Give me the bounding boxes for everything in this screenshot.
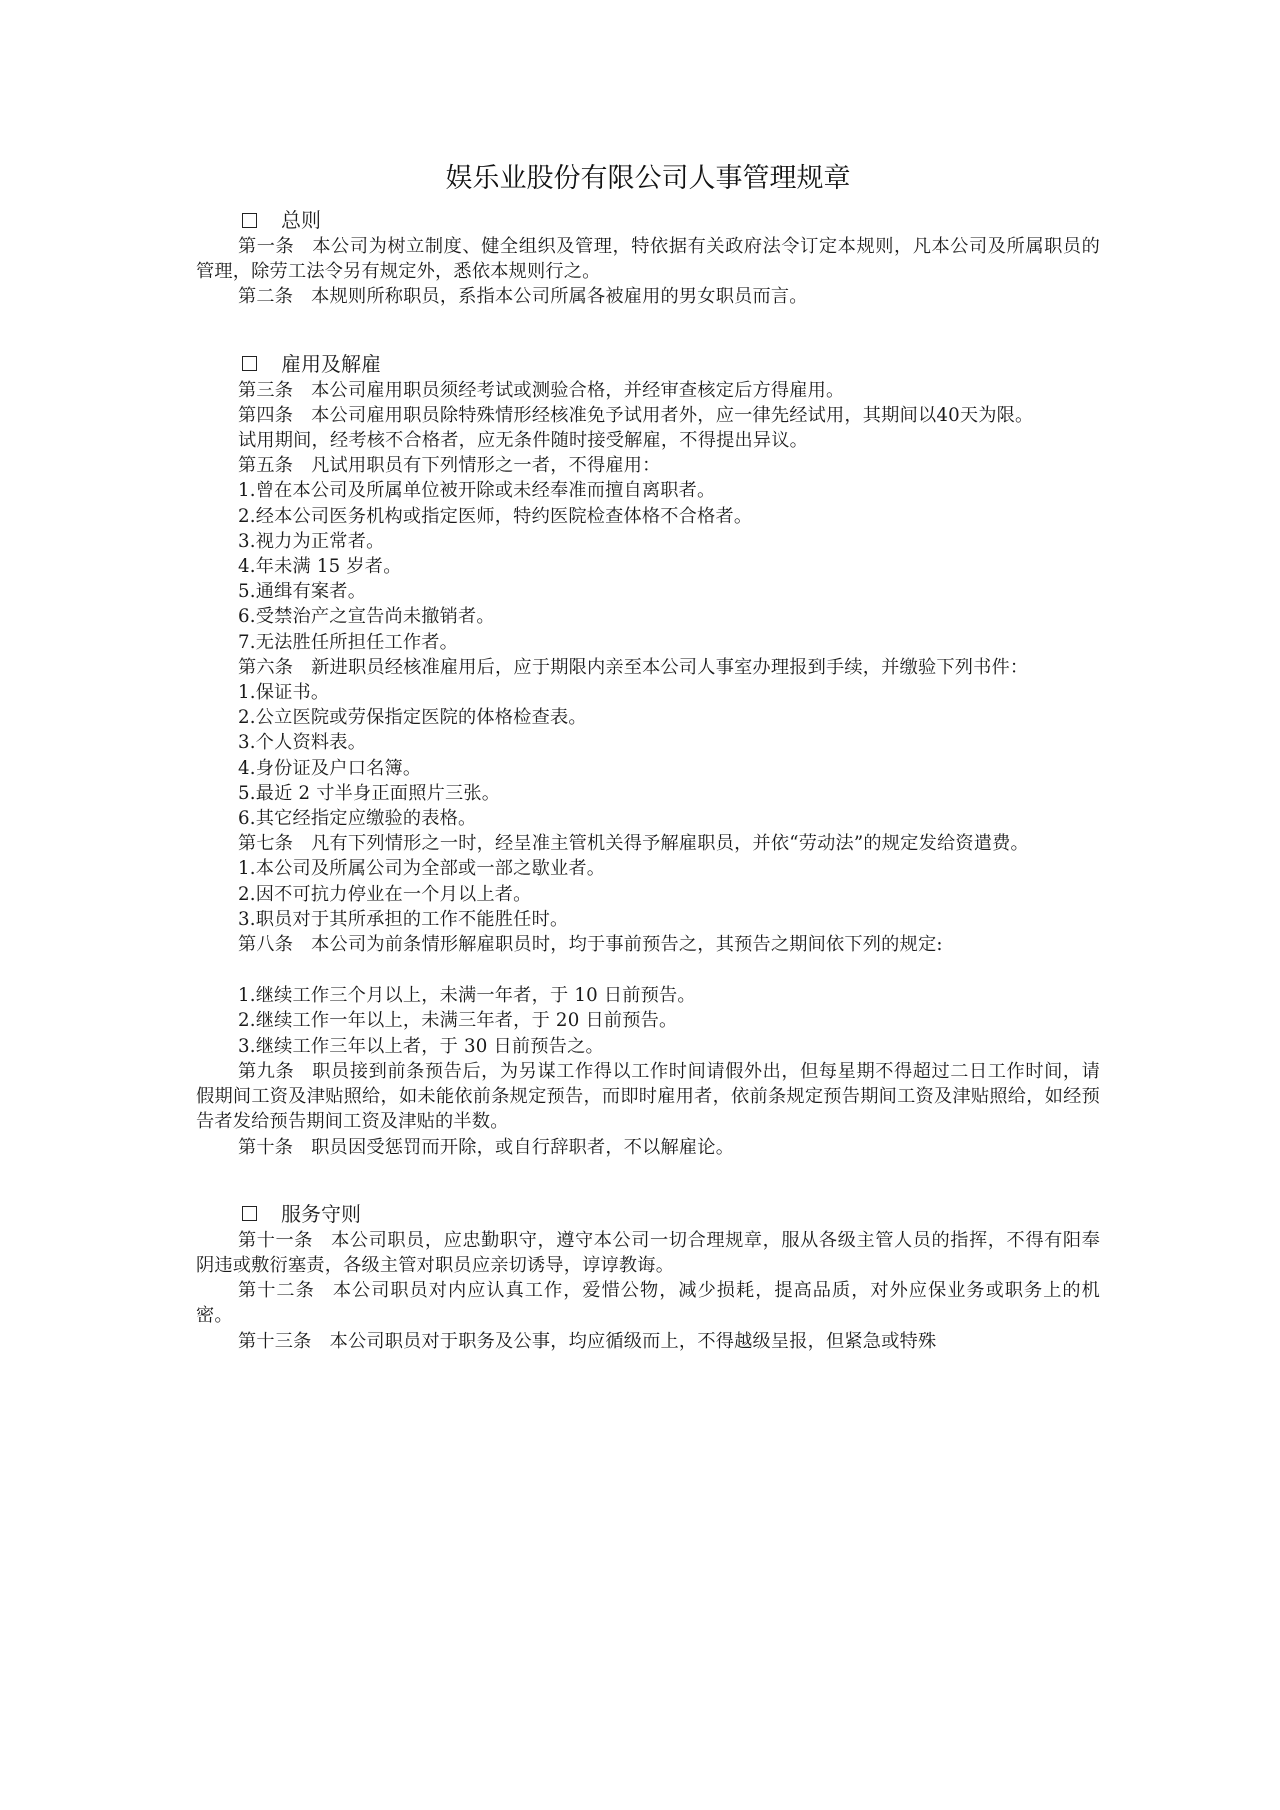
article-text: 本公司为前条情形解雇职员时，均于事前预告之，其预告之期间依下列的规定: [311, 934, 943, 955]
article-2: 第二条本规则所称职员，系指本公司所属各被雇用的男女职员而言。 [196, 284, 1100, 309]
article-text: 本公司职员对内应认真工作，爱惜公物，减少损耗，提高品质，对外应保业务或职务上的机… [196, 1280, 1100, 1326]
article-text: 本公司职员，应忠勤职守，遵守本公司一切合理规章，服从各级主管人员的指挥，不得有阳… [196, 1230, 1100, 1276]
article-text: 新进职员经核准雇用后，应于期限内亲至本公司人事室办理报到手续，并缴验下列书件： [311, 657, 1028, 678]
article-label: 第十一条 [238, 1230, 313, 1251]
article-label: 第二条 [238, 286, 293, 307]
list-item: 3.个人资料表。 [196, 730, 1100, 755]
article-4: 第四条本公司雇用职员除特殊情形经核准免予试用者外，应一律先经试用，其期间以40天… [196, 403, 1100, 428]
article-8: 第八条本公司为前条情形解雇职员时，均于事前预告之，其预告之期间依下列的规定: [196, 932, 1100, 957]
list-item: 4.身份证及户口名簿。 [196, 756, 1100, 781]
list-item: 3.视力为正常者。 [196, 529, 1100, 554]
list-item: 2.经本公司医务机构或指定医师，特约医院检查体格不合格者。 [196, 504, 1100, 529]
article-3: 第三条本公司雇用职员须经考试或测验合格，并经审查核定后方得雇用。 [196, 378, 1100, 403]
list-item: 1.继续工作三个月以上，未满一年者，于 10 日前预告。 [196, 983, 1100, 1008]
article-text: 本规则所称职员，系指本公司所属各被雇用的男女职员而言。 [311, 286, 807, 307]
section-heading-label: 服务守则 [281, 1200, 361, 1228]
list-item: 2.继续工作一年以上，未满三年者，于 20 日前预告。 [196, 1008, 1100, 1033]
article-label: 第八条 [238, 934, 293, 955]
article-label: 第五条 [238, 455, 293, 476]
article-1: 第一条本公司为树立制度、健全组织及管理，特依据有关政府法令订定本规则，凡本公司及… [196, 234, 1100, 284]
list-item: 1.曾在本公司及所属单位被开除或未经奉准而擅自离职者。 [196, 478, 1100, 503]
list-item: 2.公立医院或劳保指定医院的体格检查表。 [196, 705, 1100, 730]
list-item: 6.受禁治产之宣告尚未撤销者。 [196, 604, 1100, 629]
article-label: 第六条 [238, 657, 293, 678]
checkbox-square-icon [242, 213, 257, 228]
section-heading-service-rules: 服务守则 [196, 1200, 1100, 1228]
article-text: 本公司雇用职员须经考试或测验合格，并经审查核定后方得雇用。 [311, 380, 844, 401]
section-heading-general: 总则 [196, 206, 1100, 234]
article-12: 第十二条本公司职员对内应认真工作，爱惜公物，减少损耗，提高品质，对外应保业务或职… [196, 1278, 1100, 1328]
document-title: 娱乐业股份有限公司人事管理规章 [196, 156, 1100, 195]
list-item: 1.本公司及所属公司为全部或一部之歇业者。 [196, 856, 1100, 881]
article-label: 第十三条 [238, 1331, 312, 1352]
list-item: 4.年未满 15 岁者。 [196, 554, 1100, 579]
article-text: 凡试用职员有下列情形之一者，不得雇用： [311, 455, 660, 476]
article-10: 第十条职员因受惩罚而开除，或自行辞职者，不以解雇论。 [196, 1135, 1100, 1160]
spacer [196, 957, 1100, 983]
article-label: 第一条 [238, 236, 294, 257]
list-article-7: 1.本公司及所属公司为全部或一部之歇业者。 2.因不可抗力停业在一个月以上者。 … [196, 856, 1100, 932]
article-9: 第九条职员接到前条预告后，为另谋工作得以工作时间请假外出，但每星期不得超过二日工… [196, 1059, 1100, 1135]
article-label: 第九条 [238, 1061, 294, 1082]
list-item: 2.因不可抗力停业在一个月以上者。 [196, 882, 1100, 907]
list-article-6: 1.保证书。 2.公立医院或劳保指定医院的体格检查表。 3.个人资料表。 4.身… [196, 680, 1100, 831]
article-11: 第十一条本公司职员，应忠勤职守，遵守本公司一切合理规章，服从各级主管人员的指挥，… [196, 1228, 1100, 1278]
section-heading-employment: 雇用及解雇 [196, 350, 1100, 378]
article-text: 职员接到前条预告后，为另谋工作得以工作时间请假外出，但每星期不得超过二日工作时间… [196, 1061, 1100, 1132]
article-text: 本公司职员对于职务及公事，均应循级而上，不得越级呈报，但紧急或特殊 [330, 1331, 937, 1352]
list-item: 6.其它经指定应缴验的表格。 [196, 806, 1100, 831]
list-item: 5.通缉有案者。 [196, 579, 1100, 604]
list-item: 5.最近 2 寸半身正面照片三张。 [196, 781, 1100, 806]
list-article-5: 1.曾在本公司及所属单位被开除或未经奉准而擅自离职者。 2.经本公司医务机构或指… [196, 478, 1100, 654]
article-label: 第七条 [238, 833, 293, 854]
article-label: 第十条 [238, 1137, 293, 1158]
spacer [196, 310, 1100, 350]
list-item: 7.无法胜任所担任工作者。 [196, 630, 1100, 655]
article-5: 第五条凡试用职员有下列情形之一者，不得雇用： [196, 453, 1100, 478]
article-text: 职员因受惩罚而开除，或自行辞职者，不以解雇论。 [311, 1137, 734, 1158]
article-text: 本公司为树立制度、健全组织及管理，特依据有关政府法令订定本规则，凡本公司及所属职… [196, 236, 1100, 282]
article-label: 第四条 [238, 405, 293, 426]
article-text: 凡有下列情形之一时，经呈准主管机关得予解雇职员，并依“劳动法”的规定发给资遣费。 [311, 833, 1029, 854]
article-label: 第三条 [238, 380, 293, 401]
paragraph-probation: 试用期间，经考核不合格者，应无条件随时接受解雇，不得提出异议。 [196, 428, 1100, 453]
list-item: 1.保证书。 [196, 680, 1100, 705]
article-text: 本公司雇用职员除特殊情形经核准免予试用者外，应一律先经试用，其期间以40天为限。 [311, 405, 1033, 426]
article-13: 第十三条本公司职员对于职务及公事，均应循级而上，不得越级呈报，但紧急或特殊 [196, 1329, 1100, 1354]
list-item: 3.继续工作三年以上者，于 30 日前预告之。 [196, 1034, 1100, 1059]
document-body: 总则 第一条本公司为树立制度、健全组织及管理，特依据有关政府法令订定本规则，凡本… [196, 206, 1100, 1354]
spacer [196, 1160, 1100, 1200]
list-article-8: 1.继续工作三个月以上，未满一年者，于 10 日前预告。 2.继续工作一年以上，… [196, 983, 1100, 1059]
list-item: 3.职员对于其所承担的工作不能胜任时。 [196, 907, 1100, 932]
section-heading-label: 雇用及解雇 [281, 350, 381, 378]
checkbox-square-icon [242, 356, 257, 371]
article-7: 第七条凡有下列情形之一时，经呈准主管机关得予解雇职员，并依“劳动法”的规定发给资… [196, 831, 1100, 856]
article-label: 第十二条 [238, 1280, 315, 1301]
section-heading-label: 总则 [281, 206, 321, 234]
article-6: 第六条新进职员经核准雇用后，应于期限内亲至本公司人事室办理报到手续，并缴验下列书… [196, 655, 1100, 680]
checkbox-square-icon [242, 1206, 257, 1221]
